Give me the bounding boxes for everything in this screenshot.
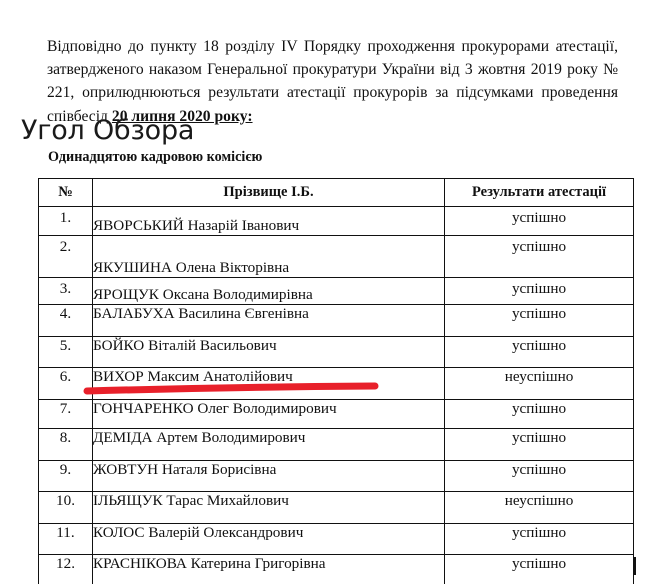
- commission-heading: Одинадцятою кадровою комісією: [48, 148, 262, 166]
- prosecutor-name: КОЛОС Валерій Олександрович: [93, 524, 445, 555]
- attestation-result: успішно: [445, 429, 634, 461]
- table-row: 4.БАЛАБУХА Василина Євгенівнауспішно: [39, 305, 634, 337]
- prosecutor-name: ЖОВТУН Наталя Борисівна: [93, 461, 445, 492]
- attestation-result: успішно: [445, 236, 634, 278]
- row-number: 5.: [39, 337, 93, 368]
- attestation-result: успішно: [445, 524, 634, 555]
- table-row: 11.КОЛОС Валерій Олександровичуспішно: [39, 524, 634, 555]
- header-result: Результати атестації: [445, 179, 634, 207]
- table-row: 12.КРАСНІКОВА Катерина Григорівнауспішно: [39, 555, 634, 584]
- row-number: 1.: [39, 207, 93, 236]
- table-row: 3.ЯРОЩУК Оксана Володимирівнауспішно: [39, 278, 634, 305]
- attestation-result: неуспішно: [445, 492, 634, 524]
- row-number: 12.: [39, 555, 93, 584]
- attestation-result: успішно: [445, 555, 634, 584]
- table-row: 2.ЯКУШИНА Олена Вікторівнауспішно: [39, 236, 634, 278]
- prosecutor-name: ЯКУШИНА Олена Вікторівна: [93, 236, 445, 278]
- watermark-logo-text: Угол Обзора: [21, 115, 194, 147]
- attestation-result: успішно: [445, 305, 634, 337]
- row-number: 10.: [39, 492, 93, 524]
- table-row: 1.ЯВОРСЬКИЙ Назарій Івановичуспішно: [39, 207, 634, 236]
- attestation-result: неуспішно: [445, 368, 634, 400]
- row-number: 9.: [39, 461, 93, 492]
- row-number: 6.: [39, 368, 93, 400]
- prosecutor-name: ВИХОР Максим Анатолійович: [93, 368, 445, 400]
- prosecutor-name: ГОНЧАРЕНКО Олег Володимирович: [93, 400, 445, 429]
- row-number: 4.: [39, 305, 93, 337]
- header-name: Прізвище І.Б.: [93, 179, 445, 207]
- results-table: № Прізвище І.Б. Результати атестації 1.Я…: [38, 178, 634, 584]
- intro-paragraph: Відповідно до пункту 18 розділу IV Поряд…: [47, 35, 618, 128]
- prosecutor-name: КРАСНІКОВА Катерина Григорівна: [93, 555, 445, 584]
- row-number: 11.: [39, 524, 93, 555]
- attestation-result: успішно: [445, 207, 634, 236]
- attestation-result: успішно: [445, 337, 634, 368]
- table-row: 5.БОЙКО Віталій Васильовичуспішно: [39, 337, 634, 368]
- prosecutor-name: ДЕМІДА Артем Володимирович: [93, 429, 445, 461]
- row-number: 7.: [39, 400, 93, 429]
- attestation-result: успішно: [445, 278, 634, 305]
- row-number: 8.: [39, 429, 93, 461]
- header-number: №: [39, 179, 93, 207]
- attestation-result: успішно: [445, 400, 634, 429]
- table-row: 7.ГОНЧАРЕНКО Олег Володимировичуспішно: [39, 400, 634, 429]
- prosecutor-name: ЯВОРСЬКИЙ Назарій Іванович: [93, 207, 445, 236]
- text-cursor: [634, 557, 636, 575]
- prosecutor-name: БОЙКО Віталій Васильович: [93, 337, 445, 368]
- table-header-row: № Прізвище І.Б. Результати атестації: [39, 179, 634, 207]
- table-row: 9.ЖОВТУН Наталя Борисівнауспішно: [39, 461, 634, 492]
- table-row: 10.ІЛЬЯЩУК Тарас Михайловичнеуспішно: [39, 492, 634, 524]
- table-row: 8.ДЕМІДА Артем Володимировичуспішно: [39, 429, 634, 461]
- prosecutor-name: ІЛЬЯЩУК Тарас Михайлович: [93, 492, 445, 524]
- prosecutor-name: ЯРОЩУК Оксана Володимирівна: [93, 278, 445, 305]
- prosecutor-name: БАЛАБУХА Василина Євгенівна: [93, 305, 445, 337]
- row-number: 2.: [39, 236, 93, 278]
- table-row: 6.ВИХОР Максим Анатолійовичнеуспішно: [39, 368, 634, 400]
- row-number: 3.: [39, 278, 93, 305]
- attestation-result: успішно: [445, 461, 634, 492]
